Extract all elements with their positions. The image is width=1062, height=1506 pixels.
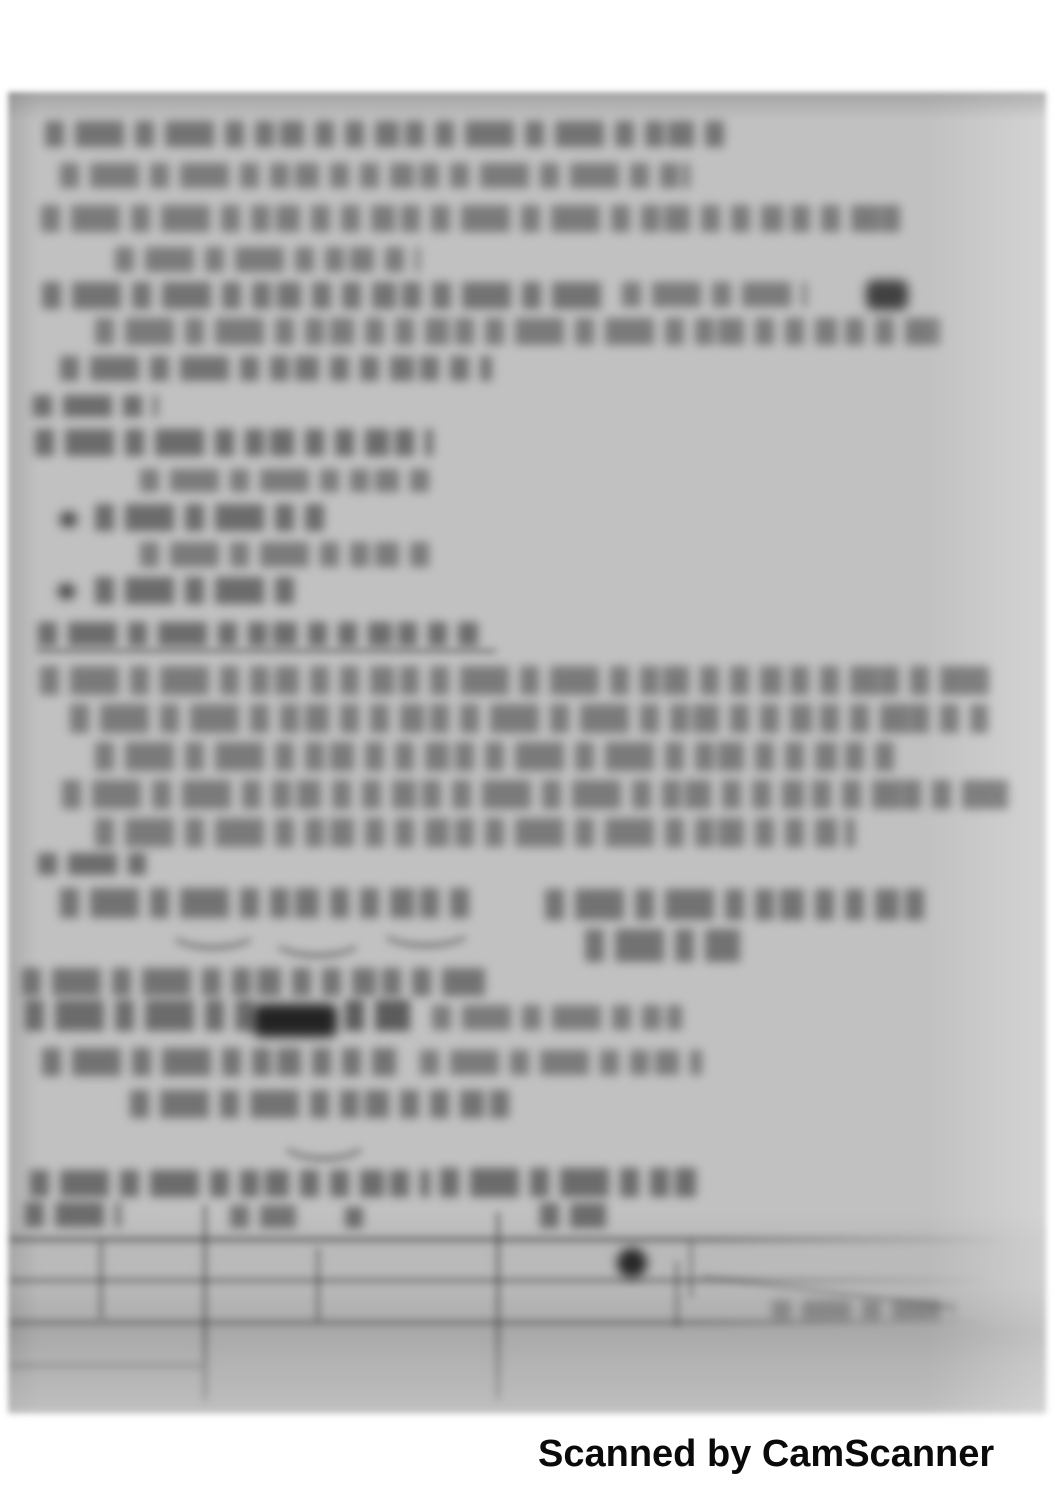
ink-vline (689, 1240, 693, 1298)
ink-text (22, 968, 485, 996)
scan-bottom-fade (0, 1332, 1062, 1506)
ink-text (115, 247, 420, 272)
ink-text (345, 1000, 410, 1031)
ink-solid (253, 1004, 337, 1037)
ink-vline (316, 1248, 320, 1321)
ink-text (60, 163, 690, 188)
ink-text (62, 780, 1008, 809)
ink-text (35, 429, 433, 456)
ink-layer (0, 0, 1062, 1506)
ink-arc (378, 908, 474, 948)
ink-text (540, 1203, 606, 1228)
ink-text (25, 1202, 121, 1227)
ink-hline (10, 1278, 998, 1283)
ink-solid (617, 1248, 647, 1278)
ink-text (60, 356, 492, 381)
ink-text (45, 121, 725, 147)
ink-text (42, 1048, 402, 1076)
ink-text (230, 1205, 296, 1228)
ink-solid (58, 584, 75, 599)
ink-text (25, 1000, 255, 1031)
ink-text (38, 622, 478, 646)
ink-text (41, 205, 907, 232)
ink-hline (10, 1237, 1010, 1242)
scan-viewport: { "document": { "kind": "scanned-handwri… (0, 0, 1062, 1506)
ink-text (622, 282, 807, 307)
ink-solid (866, 280, 908, 310)
ink-arc (167, 910, 259, 950)
ink-text (95, 742, 905, 771)
ink-solid (60, 512, 77, 527)
scanned-page (8, 92, 1046, 1414)
ink-text (772, 1300, 954, 1320)
ink-text (432, 1005, 682, 1030)
ink-text (420, 1050, 702, 1075)
ink-text (130, 1090, 510, 1118)
ink-text (42, 282, 607, 309)
ink-text (95, 818, 855, 847)
ink-text (140, 469, 440, 492)
ink-arc (278, 1117, 370, 1161)
ink-text (95, 318, 940, 345)
ink-text (95, 577, 295, 604)
ink-vline (675, 1261, 679, 1327)
ink-text (440, 1168, 696, 1197)
ink-text (545, 889, 935, 920)
ink-arc (270, 916, 365, 958)
ink-text (70, 704, 988, 733)
ink-vline (99, 1241, 103, 1319)
ink-text (38, 853, 146, 875)
camscanner-watermark: Scanned by CamScanner (538, 1435, 994, 1473)
ink-text (30, 1170, 430, 1197)
ink-text (140, 542, 435, 567)
ink-text (95, 504, 325, 531)
ink-text (345, 1207, 363, 1228)
ink-text (33, 395, 158, 417)
ink-text (40, 666, 998, 695)
ink-hline (10, 1320, 995, 1325)
ink-hline (36, 649, 496, 653)
ink-text (585, 929, 740, 962)
